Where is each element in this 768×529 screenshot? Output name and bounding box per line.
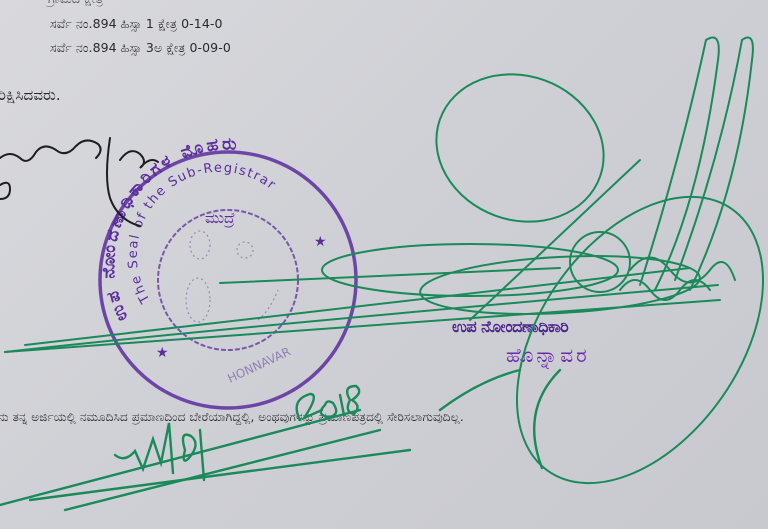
handwritten-date xyxy=(0,370,560,510)
left-handwritten-signature xyxy=(0,138,158,226)
green-officer-signature xyxy=(5,38,768,529)
handwriting-layer xyxy=(0,0,768,529)
scanned-document: ಗ್ರಾಮದ ಕ್ಷೇತ್ರ ಸರ್ವೆ ನಂ.894 ಹಿಸ್ಸಾ 1 ಕ್ಷ… xyxy=(0,0,768,529)
